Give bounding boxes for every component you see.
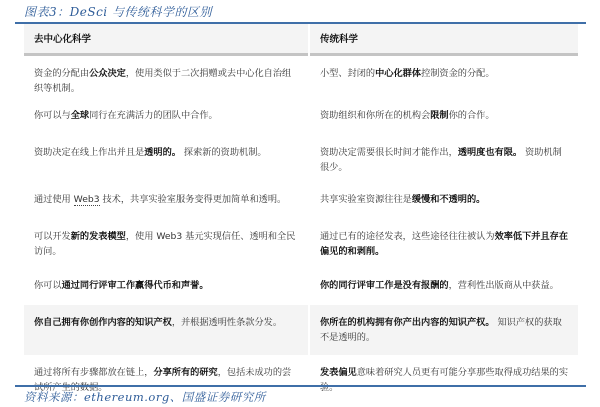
emphasis-text: 你的同行评审工作是没有报酬的 <box>320 280 449 291</box>
figure-caption: 图表3：DeSci 与传统科学的区别 <box>24 3 212 20</box>
cell-text: 小型、封闭的 <box>320 68 375 79</box>
traditional-cell: 你的同行评审工作是没有报酬的，营利性出版商从中获益。 <box>310 268 578 305</box>
cell-text: 你的合作。 <box>449 110 495 121</box>
emphasis-text: 公众决定 <box>89 68 126 79</box>
emphasis-text: 发表偏见 <box>320 367 357 378</box>
emphasis-text: 通过同行评审工作赢得代币和声誉。 <box>62 280 209 291</box>
comparison-table: 去中心化科学 传统科学 资金的分配由公众决定，使用类似于二次捐赠或去中心化自治组… <box>24 24 578 400</box>
traditional-cell: 你所在的机构拥有你产出内容的知识产权。 知识产权的获取不是透明的。 <box>310 305 578 355</box>
emphasis-text: 中心化群体 <box>375 68 421 79</box>
emphasis-text: 新的发表模型 <box>71 231 126 242</box>
traditional-cell: 通过已有的途径发表，这些途径往往被认为效率低下并且存在偏见的和剥削。 <box>310 219 578 268</box>
emphasis-text: 你所在的机构拥有你产出内容的知识产权。 <box>320 317 495 328</box>
table-row: 可以开发新的发表模型，使用 Web3 基元实现信任、透明和全民访问。通过已有的途… <box>24 219 578 268</box>
cell-text: 同行在充满活力的团队中合作。 <box>89 110 218 121</box>
desci-cell: 资助决定在线上作出并且是透明的。 探索新的资助机制。 <box>24 135 308 182</box>
emphasis-text: 透明的。 <box>144 147 181 158</box>
table-row: 你自己拥有你创作内容的知识产权，并根据透明性条款分发。你所在的机构拥有你产出内容… <box>24 305 578 355</box>
table-row: 通过使用 Web3 技术，共享实验室服务变得更加简单和透明。共享实验室资源往往是… <box>24 182 578 219</box>
table-row: 你可以通过同行评审工作赢得代币和声誉。你的同行评审工作是没有报酬的，营利性出版商… <box>24 268 578 305</box>
cell-text: 资助决定需要很长时间才能作出， <box>320 147 458 158</box>
table-header-row: 去中心化科学 传统科学 <box>24 24 578 56</box>
cell-text: 你可以 <box>34 280 62 291</box>
cell-text: ，并根据透明性条款分发。 <box>172 317 282 328</box>
traditional-cell: 资助组织和你所在的机构会限制你的合作。 <box>310 98 578 135</box>
cell-text: 共享实验室资源往往是 <box>320 194 412 205</box>
cell-text: 通过将所有步骤都放在链上， <box>34 367 153 378</box>
desci-cell: 可以开发新的发表模型，使用 Web3 基元实现信任、透明和全民访问。 <box>24 219 308 268</box>
emphasis-text: 你自己拥有你创作内容的知识产权 <box>34 317 172 328</box>
traditional-cell: 小型、封闭的中心化群体控制资金的分配。 <box>310 56 578 98</box>
traditional-cell: 发表偏见意味着研究人员更有可能分享那些取得成功结果的实验。 <box>310 355 578 400</box>
cell-text: 意味着研究人员更有可能分享那些取得成功结果的实验。 <box>320 367 568 393</box>
emphasis-text: 透明度也有限。 <box>458 147 522 158</box>
desci-cell: 你自己拥有你创作内容的知识产权，并根据透明性条款分发。 <box>24 305 308 355</box>
desci-cell: 资金的分配由公众决定，使用类似于二次捐赠或去中心化自治组织等机制。 <box>24 56 308 98</box>
cell-text: 资助组织和你所在的机构会 <box>320 110 430 121</box>
cell-text: 可以开发 <box>34 231 71 242</box>
cell-text: 资金的分配由 <box>34 68 89 79</box>
bottom-divider <box>15 385 586 387</box>
desci-cell: 你可以与全球同行在充满活力的团队中合作。 <box>24 98 308 135</box>
desci-cell: 你可以通过同行评审工作赢得代币和声誉。 <box>24 268 308 305</box>
cell-text: 控制资金的分配。 <box>421 68 495 79</box>
table-row: 资金的分配由公众决定，使用类似于二次捐赠或去中心化自治组织等机制。小型、封闭的中… <box>24 56 578 98</box>
column-header-traditional: 传统科学 <box>310 24 578 56</box>
traditional-cell: 共享实验室资源往往是缓慢和不透明的。 <box>310 182 578 219</box>
emphasis-text: 缓慢和不透明的。 <box>412 194 486 205</box>
traditional-cell: 资助决定需要很长时间才能作出，透明度也有限。 资助机制很少。 <box>310 135 578 182</box>
table-row: 资助决定在线上作出并且是透明的。 探索新的资助机制。资助决定需要很长时间才能作出… <box>24 135 578 182</box>
cell-text: 资助决定在线上作出并且是 <box>34 147 144 158</box>
emphasis-text: 限制 <box>430 110 448 121</box>
table-row: 你可以与全球同行在充满活力的团队中合作。资助组织和你所在的机构会限制你的合作。 <box>24 98 578 135</box>
cell-text: 技术，共享实验室服务变得更加简单和透明。 <box>100 194 287 205</box>
desci-cell: 通过使用 Web3 技术，共享实验室服务变得更加简单和透明。 <box>24 182 308 219</box>
cell-text: 你可以与 <box>34 110 71 121</box>
cell-text: 探索新的资助机制。 <box>181 147 267 158</box>
cell-text: 通过已有的途径发表，这些途径往往被认为 <box>320 231 495 242</box>
source-note: 资料来源：ethereum.org、国盛证券研究所 <box>24 389 266 405</box>
cell-text: 通过使用 <box>34 194 74 205</box>
cell-text: ，营利性出版商从中获益。 <box>449 280 559 291</box>
emphasis-text: 全球 <box>71 110 89 121</box>
column-header-desci: 去中心化科学 <box>24 24 308 56</box>
cell-text: Web3 <box>74 194 100 206</box>
emphasis-text: 分享所有的研究 <box>153 367 217 378</box>
